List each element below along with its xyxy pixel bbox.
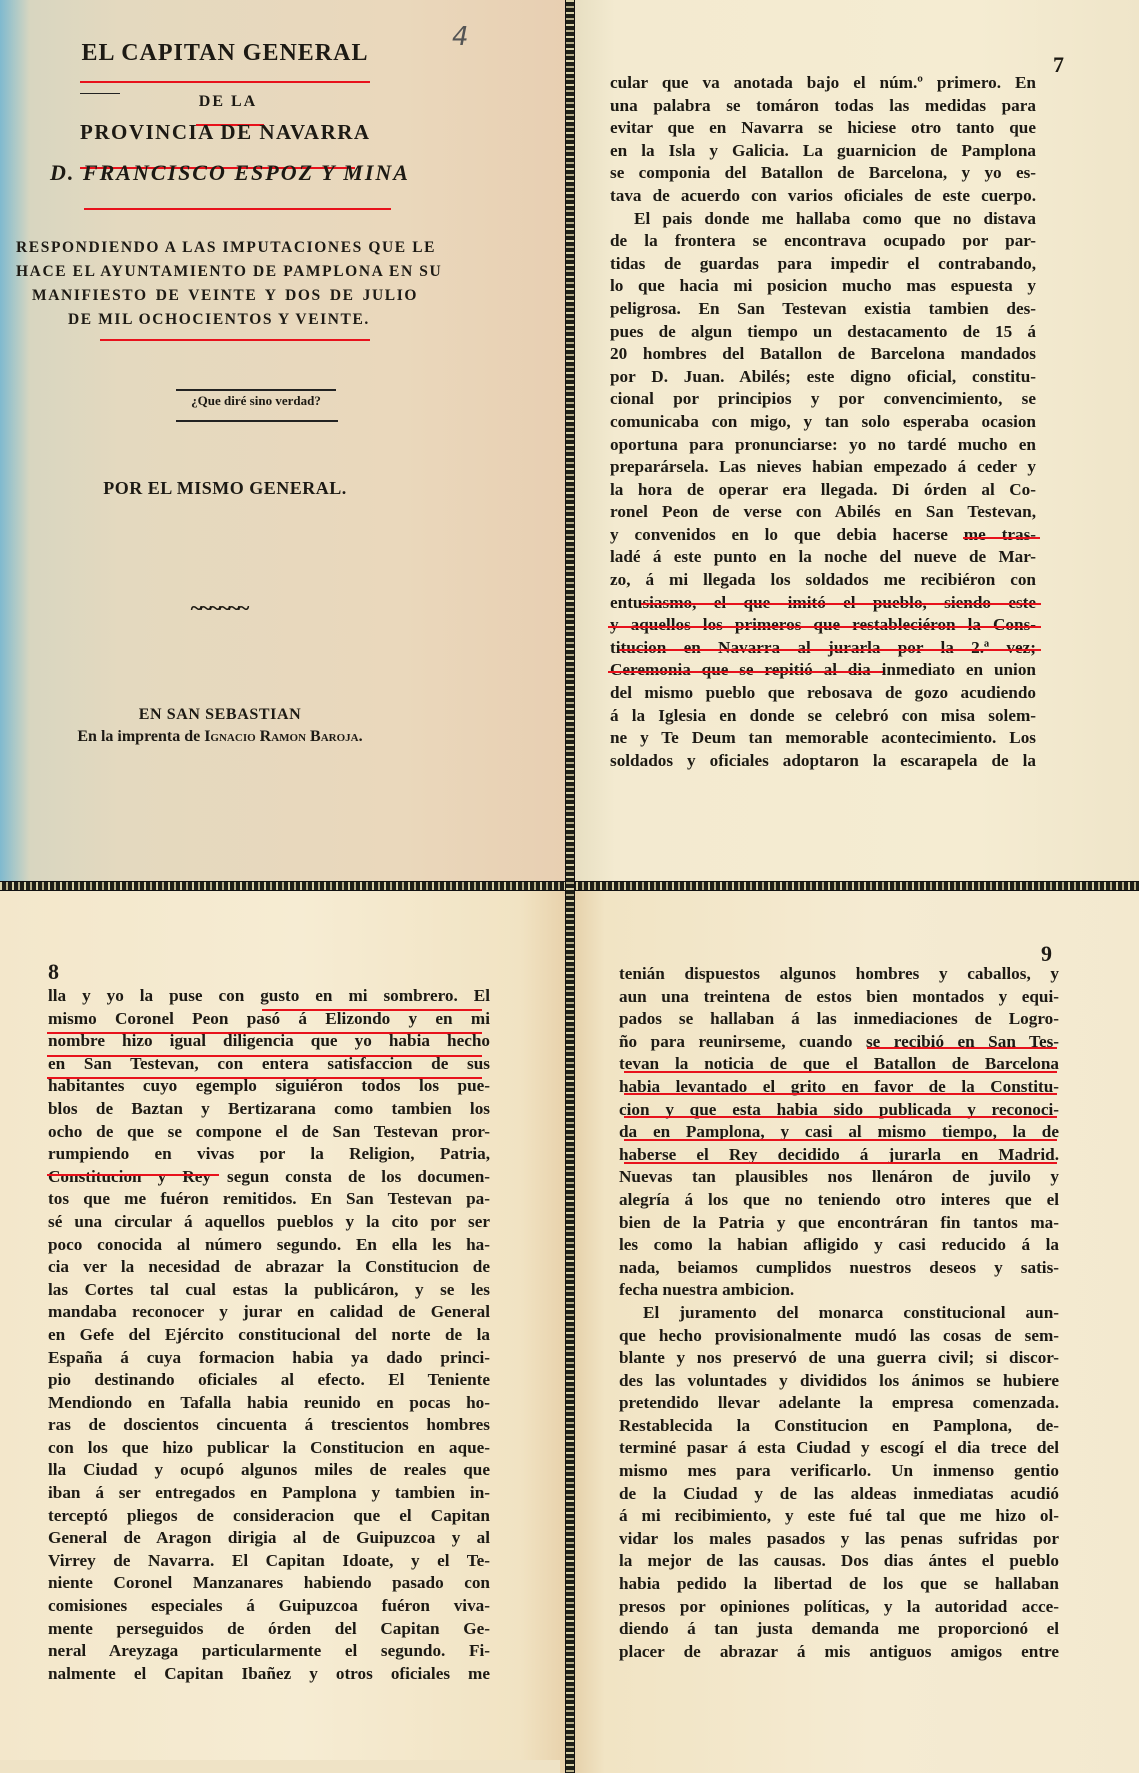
printer-prefix: En la imprenta de [77,728,200,745]
red-underline [624,1162,1057,1164]
printer-name: Ignacio Ramon Baroja. [204,728,362,745]
text-line: comunicaba con migo, y tan solo esperaba… [610,411,1036,434]
text-line: en la Isla y Galicia. La guarnicion de P… [610,140,1036,163]
red-underline [624,1116,1057,1118]
text-line: mismo mes para verificarlo. Un inmenso g… [619,1460,1059,1483]
text-line: preparársela. Las nieves habian empezado… [610,456,1036,479]
text-line: con los que hizo publicar la Constitucio… [48,1437,490,1460]
red-underline [608,671,883,673]
page-8: 8 lla y yo la puse con gusto en mi sombr… [0,891,565,1773]
text-line: habia pedido la libertad de los que se h… [619,1573,1059,1596]
subtitle-line: DE MIL OCHOCIENTOS Y VEINTE. [16,308,430,332]
text-line: las Cortes tal cual estas la publicáron,… [48,1279,490,1302]
text-line: ladé á este punto en la noche del nueve … [610,546,1036,569]
red-underline [262,1009,482,1011]
text-line: blante y nos preservó de una guerra civi… [619,1347,1059,1370]
text-line: El juramento del monarca constitucional … [619,1302,1059,1325]
text-line: á la Iglesia en donde se celebró con mis… [610,705,1036,728]
subtitle-line: RESPONDIENDO A LAS IMPUTACIONES QUE LE [16,236,430,260]
red-underline [619,649,1041,651]
text-line: iban á ser entregados en Pamplona y tamb… [48,1482,490,1505]
text-line: una palabra se tomáron todas las medidas… [610,95,1036,118]
page-7-text: cular que va anotada bajo el núm.º prime… [610,72,1036,772]
motto: ¿Que diré sino verdad? [176,393,336,409]
text-line: tenián dispuestos algunos hombres y caba… [619,963,1059,986]
text-line: aun una treintena de estos bien montados… [619,986,1059,1009]
text-line: comisiones especiales á Guipuzcoa fuéron… [48,1595,490,1618]
page-8-text: lla y yo la puse con gusto en mi sombrer… [48,985,490,1685]
text-line: General de Aragon dirigia al de Guipuzco… [48,1527,490,1550]
text-line: mente perseguidos de órden del Capitan G… [48,1618,490,1641]
text-line: des las voluntades y divididos los ánimo… [619,1370,1059,1393]
red-underline [624,1071,1057,1073]
text-line: del mismo pueblo que rebosava de gozo ac… [610,682,1036,705]
text-line: de la Ciudad y de las aldeas inmediatas … [619,1483,1059,1506]
printer-line: En la imprenta de Ignacio Ramon Baroja. [30,728,410,746]
text-line: Restablecida la Constitucion en Pamplona… [619,1415,1059,1438]
text-line: terminé pasar á esta Ciudad y escogí el … [619,1437,1059,1460]
red-underline [641,603,1041,605]
text-line: pados se hallaban á las inmediaciones de… [619,1008,1059,1031]
text-line: Nuevas tan plausibles nos llenáron de ju… [619,1166,1059,1189]
text-line: se componia del Batallon de Barcelona, y… [610,162,1036,185]
text-line: pio destinando oficiales al efecto. El T… [48,1369,490,1392]
text-line: pretendido llevar adelante la empresa co… [619,1392,1059,1415]
text-line: pues de algun tiempo un destacamento de … [610,321,1036,344]
text-line: ronel Peon de verse con Abilés en San Te… [610,501,1036,524]
text-line: cular que va anotada bajo el núm.º prime… [610,72,1036,95]
vertical-divider [565,0,575,1773]
red-underline [624,1139,1057,1141]
subtitle-block: RESPONDIENDO A LAS IMPUTACIONES QUE LE H… [16,236,430,332]
red-underline [867,1047,1057,1049]
text-line: fecha nuestra ambicion. [619,1279,1059,1302]
text-line: tos que me fuéron remitidos. En San Test… [48,1188,490,1211]
red-underline [624,1093,1057,1095]
red-underline [84,208,391,210]
author-name: D. FRANCISCO ESPOZ Y MINA [50,160,410,186]
text-line: ne y Te Deum tan memorable acontecimient… [610,727,1036,750]
bottom-rule [176,420,338,422]
page-number: 8 [48,959,59,985]
text-line: 20 hombres del Batallon de Barcelona man… [610,343,1036,366]
text-line: de la frontera se encontrava ocupado por… [610,230,1036,253]
text-line: El pais donde me hallaba como que no dis… [610,208,1036,231]
text-line: les como la habian afligido y casi reduc… [619,1234,1059,1257]
text-line: evitar que en Navarra se hiciese otro ta… [610,117,1036,140]
text-line: España á cuya formacion habia ya dado pr… [48,1347,490,1370]
text-line: Virrey de Navarra. El Capitan Idoate, y … [48,1550,490,1573]
text-line: ras de doscientos cincuenta á tresciento… [48,1414,490,1437]
text-line: mandaba reconocer y jurar en calidad de … [48,1301,490,1324]
red-underline [47,1055,482,1057]
red-underline [963,537,1040,539]
text-line: cia ver la necesidad de abrazar la Const… [48,1256,490,1279]
text-line: Constitucion y Rey segun consta de los d… [48,1166,490,1189]
place-of-printing: EN SAN SEBASTIAN [100,706,340,724]
page-edge [0,1760,560,1773]
text-line: ocho de que se compone el de San Testeva… [48,1121,490,1144]
text-line: lla y yo la puse con gusto en mi sombrer… [48,985,490,1008]
subtitle-de-la: DE LA [190,93,266,111]
text-line: alegría á los que no teniendo otro inter… [619,1189,1059,1212]
handwritten-page-number: 4 [452,22,469,52]
top-rule [176,389,336,391]
text-line: neral Areyzaga particularmente el segund… [48,1640,490,1663]
text-line: diendo á tan justa demanda me proporcion… [619,1618,1059,1641]
subtitle-line: HACE EL AYUNTAMIENTO DE PAMPLONA EN SU [16,260,430,284]
red-underline [80,81,370,83]
red-underline [100,339,370,341]
text-line: poco conocida al número segundo. En ella… [48,1234,490,1257]
text-line: en Gefe del Ejército constitucional del … [48,1324,490,1347]
title-page: 4 EL CAPITAN GENERAL DE LA PROVINCIA DE … [0,0,565,881]
text-line: nalmente el Capitan Ibañez y otros ofici… [48,1663,490,1686]
text-line: nada, beiamos cumplidos nuestros deseos … [619,1257,1059,1280]
title-heading: EL CAPITAN GENERAL [80,40,370,67]
ornament-divider: ~~~~~~ [174,595,264,621]
text-line: lo que hacia mi posicion mucho mas espue… [610,275,1036,298]
text-line: presos por opiniones políticas, y la aut… [619,1596,1059,1619]
page-7: 7 cular que va anotada bajo el núm.º pri… [575,0,1139,881]
text-line: cional por principios y por convencimien… [610,388,1036,411]
ink-mark [80,93,120,94]
text-line: bien de la Patria y que encontráran fin … [619,1212,1059,1235]
text-line: y convenidos en lo que debia hacerse me … [610,524,1036,547]
text-line: vidar los males pasados y las penas sufr… [619,1528,1059,1551]
text-line: sé una circular á aquellos pueblos y la … [48,1211,490,1234]
text-line: peligrosa. En San Testevan existia tambi… [610,298,1036,321]
text-line: ño para reunirseme, cuando se recibió en… [619,1031,1059,1054]
text-line: la mejor de las causas. Dos dias ántes e… [619,1550,1059,1573]
text-line: zo, á mi llegada los soldados me recibié… [610,569,1036,592]
red-underline [47,1077,482,1079]
text-line: tidas de guardas para impedir el contrab… [610,253,1036,276]
page-9: 9 tenián dispuestos algunos hombres y ca… [575,891,1139,1773]
text-line: Mendiondo en Tafalla habia reunido en po… [48,1392,490,1415]
text-line: blos de Baztan y Bertizarana como tambie… [48,1098,490,1121]
text-line: la hora de operar era llegada. Di órden … [610,479,1036,502]
page-number: 7 [1053,52,1064,78]
author-line: POR EL MISMO GENERAL. [60,478,390,499]
text-line: á mi recibimiento, y este fué tal que me… [619,1505,1059,1528]
text-line: terceptó pliegos de consideracion que el… [48,1505,490,1528]
text-line: soldados y oficiales adoptaron la escara… [610,750,1036,773]
red-underline [47,1174,219,1176]
text-line: niente Coronel Manzanares habiendo pasad… [48,1572,490,1595]
text-line: lla Ciudad y ocupó algunos miles de real… [48,1459,490,1482]
red-underline [47,1032,482,1034]
text-line: placer de abrazar á mis antiguos amigos … [619,1641,1059,1664]
subtitle-line: MANIFIESTO DE VEINTE Y DOS DE JULIO [16,284,430,308]
province-heading: PROVINCIA DE NAVARRA [80,120,370,145]
page-9-text: tenián dispuestos algunos hombres y caba… [619,963,1059,1663]
text-line: oportuna para pronunciarse: yo no tardé … [610,434,1036,457]
text-line: tava de acuerdo con varios oficiales de … [610,185,1036,208]
red-underline [608,626,1041,628]
text-line: habia levantado el grito en favor de la … [619,1076,1059,1099]
text-line: por D. Juan. Abilés; este digno oficial,… [610,366,1036,389]
text-line: rumpiendo en vivas por la Religion, Patr… [48,1143,490,1166]
text-line: que hecho provisionalmente mudó las cosa… [619,1325,1059,1348]
